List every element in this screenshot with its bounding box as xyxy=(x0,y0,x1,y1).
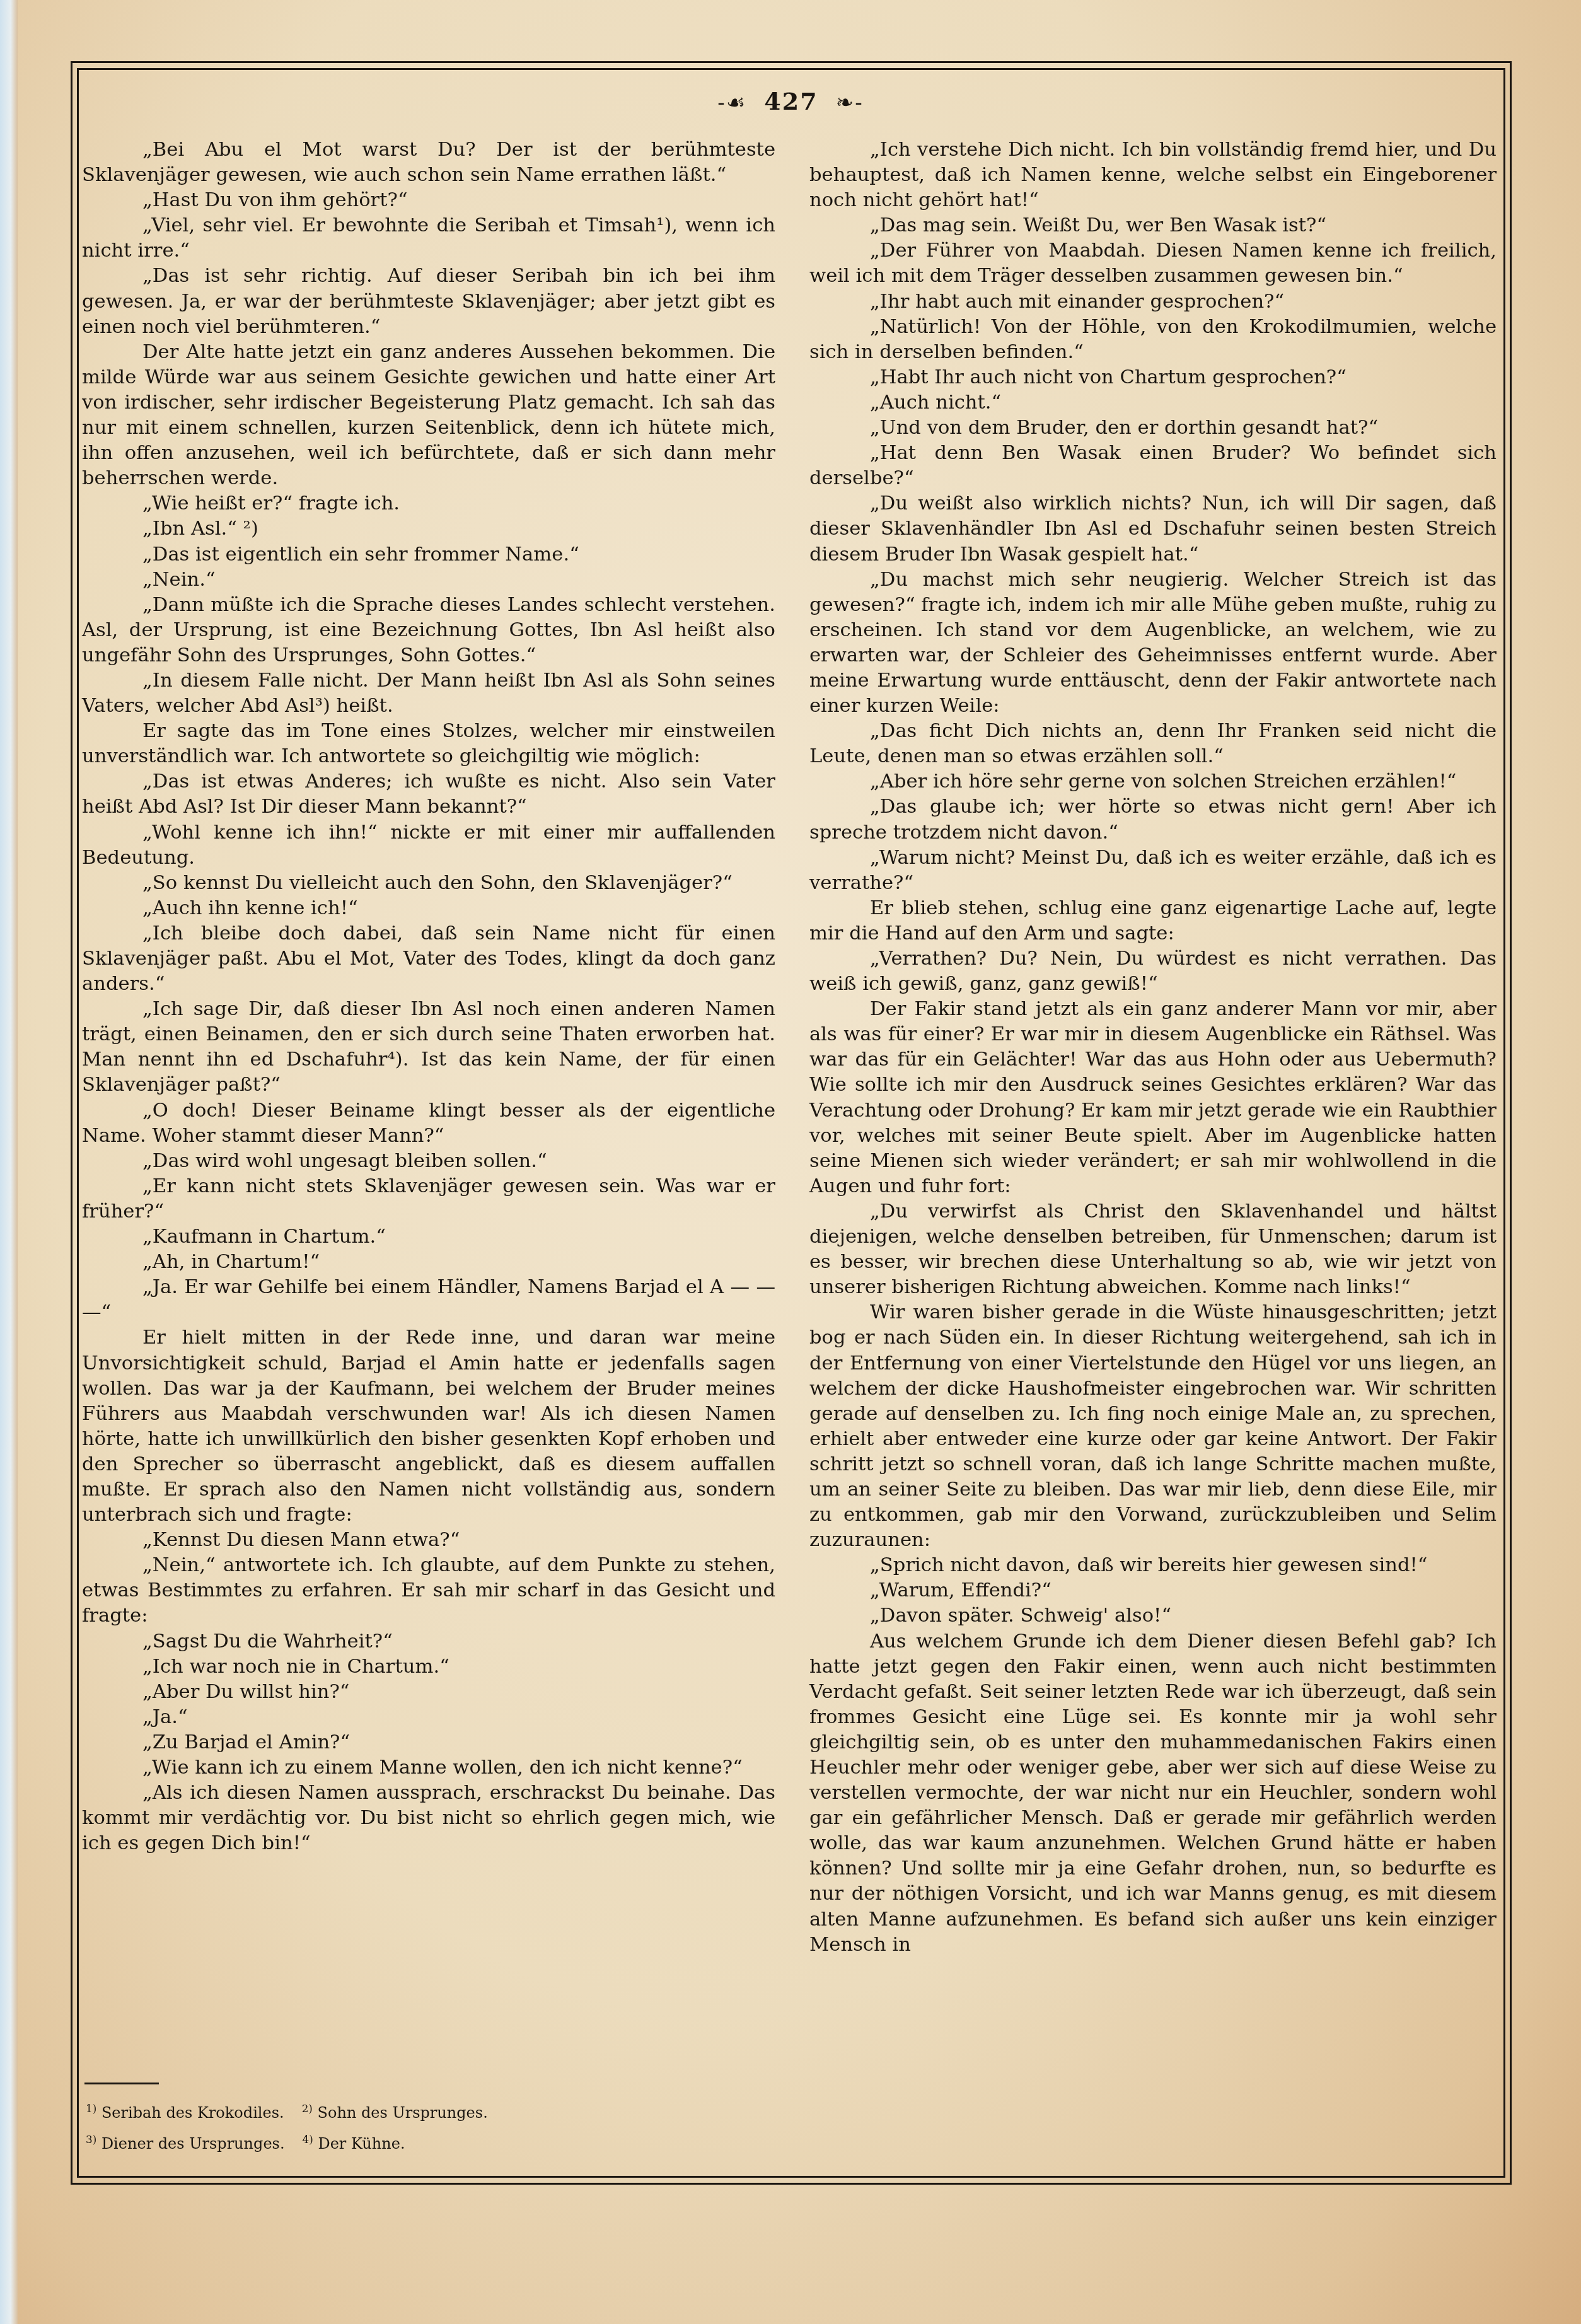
column-left: „Bei Abu el Mot warst Du? Der ist der be… xyxy=(82,137,775,1856)
footnotes: 1) Seribah des Krokodiles. 2) Sohn des U… xyxy=(86,2095,653,2157)
footnote-4: 4) Der Kühne. xyxy=(303,2126,405,2157)
paragraph: „Aber ich höre sehr gerne von solchen St… xyxy=(809,769,1497,794)
paragraph: „Ich verstehe Dich nicht. Ich bin vollst… xyxy=(809,137,1497,213)
paragraph: „Das glaube ich; wer hörte so etwas nich… xyxy=(809,794,1497,845)
paragraph: „Ah, in Chartum!“ xyxy=(82,1250,775,1275)
footnote-row: 1) Seribah des Krokodiles. 2) Sohn des U… xyxy=(86,2095,653,2126)
paragraph: „Natürlich! Von der Höhle, von den Kroko… xyxy=(809,315,1497,365)
paragraph: „Auch nicht.“ xyxy=(809,390,1497,415)
paragraph: „Dann müßte ich die Sprache dieses Lande… xyxy=(82,593,775,668)
paragraph: „Ibn Asl.“ ²) xyxy=(82,516,775,542)
paragraph: „Ich bleibe doch dabei, daß sein Name ni… xyxy=(82,921,775,997)
paragraph: Er blieb stehen, schlug eine ganz eigena… xyxy=(809,896,1497,946)
paragraph: Der Fakir stand jetzt als ein ganz ander… xyxy=(809,997,1497,1199)
paragraph: „Er kann nicht stets Sklavenjäger gewese… xyxy=(82,1174,775,1224)
ornament-right-icon: ❧- xyxy=(836,90,864,115)
paragraph: „Viel, sehr viel. Er bewohnte die Seriba… xyxy=(82,213,775,264)
paragraph: „Nein.“ xyxy=(82,567,775,593)
paragraph: „Sagst Du die Wahrheit?“ xyxy=(82,1629,775,1654)
paragraph: „Wie heißt er?“ fragte ich. xyxy=(82,491,775,516)
paragraph: „Aber Du willst hin?“ xyxy=(82,1680,775,1705)
paragraph: „Warum, Effendi?“ xyxy=(809,1578,1497,1603)
paragraph: Er sagte das im Tone eines Stolzes, welc… xyxy=(82,719,775,769)
paragraph: „Kaufmann in Chartum.“ xyxy=(82,1224,775,1250)
paragraph: „Ihr habt auch mit einander gesprochen?“ xyxy=(809,289,1497,315)
paragraph: „Der Führer von Maabdah. Diesen Namen ke… xyxy=(809,238,1497,289)
paragraph: „Das ist sehr richtig. Auf dieser Seriba… xyxy=(82,264,775,339)
paragraph: „Kennst Du diesen Mann etwa?“ xyxy=(82,1528,775,1553)
paragraph: „Ich war noch nie in Chartum.“ xyxy=(82,1654,775,1680)
page-number: 427 xyxy=(764,87,818,115)
paragraph: „Du machst mich sehr neugierig. Welcher … xyxy=(809,567,1497,719)
paragraph: „O doch! Dieser Beiname klingt besser al… xyxy=(82,1098,775,1149)
paragraph: „Das ficht Dich nichts an, denn Ihr Fran… xyxy=(809,719,1497,769)
paragraph: „Wie kann ich zu einem Manne wollen, den… xyxy=(82,1755,775,1781)
paragraph: „Bei Abu el Mot warst Du? Der ist der be… xyxy=(82,137,775,188)
paragraph: „Sprich nicht davon, daß wir bereits hie… xyxy=(809,1553,1497,1578)
footnote-2: 2) Sohn des Ursprunges. xyxy=(302,2095,488,2126)
paragraph: „Verrathen? Du? Nein, Du würdest es nich… xyxy=(809,946,1497,997)
footnote-1: 1) Seribah des Krokodiles. xyxy=(86,2095,284,2126)
scan-edge xyxy=(0,0,18,2324)
paragraph: „Hat denn Ben Wasak einen Bruder? Wo bef… xyxy=(809,441,1497,491)
paragraph: „Davon später. Schweig' also!“ xyxy=(809,1603,1497,1629)
footnote-3: 3) Diener des Ursprunges. xyxy=(86,2126,285,2157)
paragraph: „Ich sage Dir, daß dieser Ibn Asl noch e… xyxy=(82,997,775,1098)
paragraph: „Das wird wohl ungesagt bleiben sollen.“ xyxy=(82,1149,775,1174)
paragraph: „Das mag sein. Weißt Du, wer Ben Wasak i… xyxy=(809,213,1497,238)
column-right: „Ich verstehe Dich nicht. Ich bin vollst… xyxy=(809,137,1497,1958)
paragraph: „Als ich diesen Namen aussprach, erschra… xyxy=(82,1781,775,1856)
paragraph: „Das ist etwas Anderes; ich wußte es nic… xyxy=(82,769,775,820)
paragraph: „Du weißt also wirklich nichts? Nun, ich… xyxy=(809,491,1497,567)
paragraph: „Wohl kenne ich ihn!“ nickte er mit eine… xyxy=(82,820,775,871)
paragraph: Aus welchem Grunde ich dem Diener diesen… xyxy=(809,1629,1497,1958)
paragraph: „Hast Du von ihm gehört?“ xyxy=(82,188,775,213)
paragraph: „Habt Ihr auch nicht von Chartum gesproc… xyxy=(809,365,1497,390)
paragraph: „Du verwirfst als Christ den Sklavenhand… xyxy=(809,1199,1497,1300)
paragraph: „Nein,“ antwortete ich. Ich glaubte, auf… xyxy=(82,1553,775,1629)
paragraph: Der Alte hatte jetzt ein ganz anderes Au… xyxy=(82,340,775,492)
paragraph: Wir waren bisher gerade in die Wüste hin… xyxy=(809,1300,1497,1553)
paragraph: „Zu Barjad el Amin?“ xyxy=(82,1730,775,1755)
paragraph: „So kennst Du vielleicht auch den Sohn, … xyxy=(82,871,775,896)
paragraph: „Warum nicht? Meinst Du, daß ich es weit… xyxy=(809,845,1497,896)
paragraph: „Das ist eigentlich ein sehr frommer Nam… xyxy=(82,542,775,567)
paragraph: „Auch ihn kenne ich!“ xyxy=(82,896,775,921)
paragraph: „In diesem Falle nicht. Der Mann heißt I… xyxy=(82,668,775,719)
paragraph: Er hielt mitten in der Rede inne, und da… xyxy=(82,1325,775,1528)
paragraph: „Ja.“ xyxy=(82,1705,775,1730)
footnote-rule xyxy=(84,2083,159,2084)
paragraph: „Und von dem Bruder, den er dorthin gesa… xyxy=(809,415,1497,441)
running-head: -☙427❧- xyxy=(0,87,1581,115)
paragraph: „Ja. Er war Gehilfe bei einem Händler, N… xyxy=(82,1275,775,1325)
footnote-row: 3) Diener des Ursprunges. 4) Der Kühne. xyxy=(86,2126,653,2157)
ornament-left-icon: -☙ xyxy=(717,90,746,115)
